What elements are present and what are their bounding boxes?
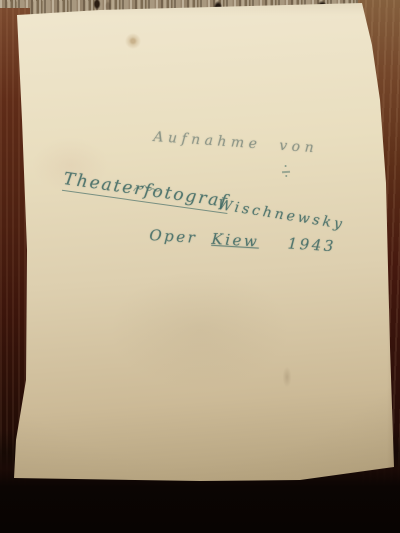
paper-back: Aufnahme von Theaterfotograf Wischnewsky… [0,0,400,533]
line4-word-oper: Oper [149,226,198,247]
line4-year: 1943 [287,234,336,255]
line4-word-kiew: Kiew [211,230,260,251]
photo-scene: Aufnahme von Theaterfotograf Wischnewsky… [0,0,400,533]
paper-edge-shading [0,0,400,533]
